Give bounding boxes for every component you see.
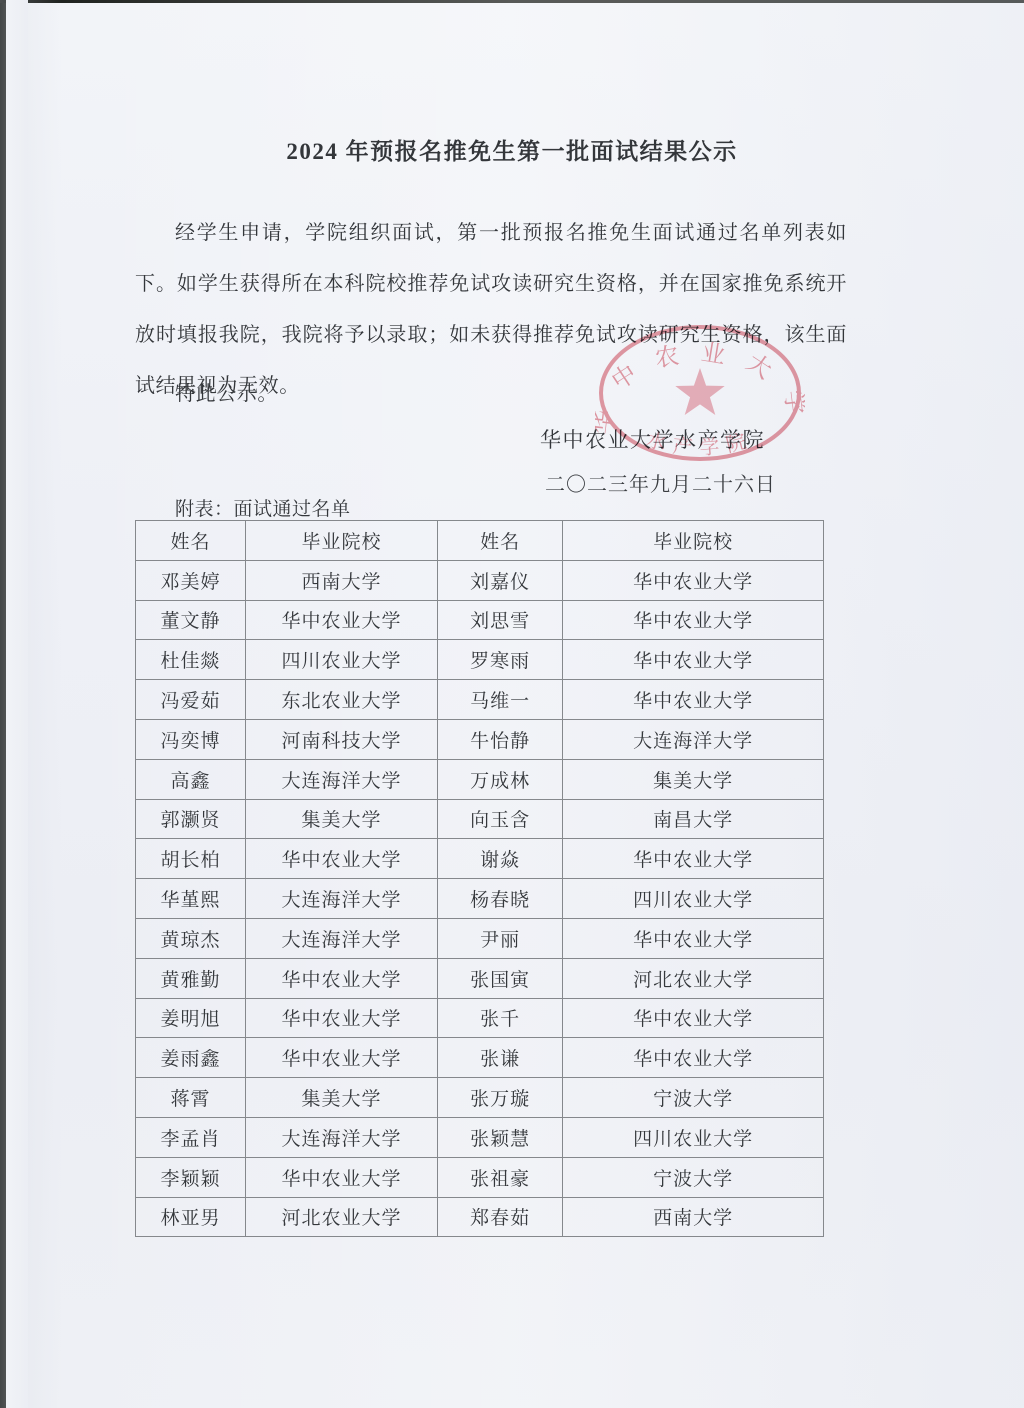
table-row: 黄雅勤华中农业大学张国寅河北农业大学 <box>136 958 824 998</box>
school-cell: 华中农业大学 <box>563 560 824 600</box>
results-table: 姓名毕业院校姓名毕业院校 邓美婷西南大学刘嘉仪华中农业大学董文静华中农业大学刘思… <box>135 520 824 1237</box>
student-name-cell: 杨春晓 <box>438 879 563 919</box>
school-cell: 华中农业大学 <box>563 918 824 958</box>
name-column-header: 姓名 <box>438 521 563 561</box>
student-name-cell: 尹丽 <box>438 918 563 958</box>
school-cell: 大连海洋大学 <box>246 918 438 958</box>
school-column-header: 毕业院校 <box>246 521 438 561</box>
school-cell: 大连海洋大学 <box>563 719 824 759</box>
school-cell: 华中农业大学 <box>246 1038 438 1078</box>
school-cell: 南昌大学 <box>563 799 824 839</box>
scanned-document-page: 2024 年预报名推免生第一批面试结果公示 经学生申请，学院组织面试，第一批预报… <box>0 0 1024 1408</box>
student-name-cell: 姜明旭 <box>136 998 246 1038</box>
student-name-cell: 杜佳燚 <box>136 640 246 680</box>
student-name-cell: 黄琼杰 <box>136 918 246 958</box>
table-row: 李孟肖大连海洋大学张颖慧四川农业大学 <box>136 1117 824 1157</box>
student-name-cell: 张千 <box>438 998 563 1038</box>
school-cell: 西南大学 <box>563 1197 824 1237</box>
school-cell: 华中农业大学 <box>563 600 824 640</box>
student-name-cell: 张国寅 <box>438 958 563 998</box>
results-table-header: 姓名毕业院校姓名毕业院校 <box>136 521 824 561</box>
student-name-cell: 罗寒雨 <box>438 640 563 680</box>
school-cell: 华中农业大学 <box>563 839 824 879</box>
table-row: 杜佳燚四川农业大学罗寒雨华中农业大学 <box>136 640 824 680</box>
school-cell: 东北农业大学 <box>246 680 438 720</box>
school-cell: 华中农业大学 <box>246 1157 438 1197</box>
school-cell: 河北农业大学 <box>563 958 824 998</box>
school-cell: 宁波大学 <box>563 1078 824 1118</box>
issuer-signature: 华中农业大学水产学院 <box>540 424 765 454</box>
student-name-cell: 蒋霄 <box>136 1078 246 1118</box>
scan-edge-top <box>0 0 1024 3</box>
student-name-cell: 万成林 <box>438 759 563 799</box>
closing-line: 特此公示。 <box>135 377 847 406</box>
student-name-cell: 李孟肖 <box>136 1117 246 1157</box>
student-name-cell: 华堇熙 <box>136 879 246 919</box>
school-cell: 华中农业大学 <box>563 1038 824 1078</box>
table-row: 蒋霄集美大学张万璇宁波大学 <box>136 1078 824 1118</box>
school-cell: 河北农业大学 <box>246 1197 438 1237</box>
student-name-cell: 向玉含 <box>438 799 563 839</box>
student-name-cell: 马维一 <box>438 680 563 720</box>
student-name-cell: 张万璇 <box>438 1078 563 1118</box>
table-row: 姜雨鑫华中农业大学张谦华中农业大学 <box>136 1038 824 1078</box>
student-name-cell: 冯奕博 <box>136 719 246 759</box>
table-row: 林亚男河北农业大学郑春茹西南大学 <box>136 1197 824 1237</box>
name-column-header: 姓名 <box>136 521 246 561</box>
student-name-cell: 谢焱 <box>438 839 563 879</box>
school-cell: 宁波大学 <box>563 1157 824 1197</box>
school-cell: 华中农业大学 <box>563 998 824 1038</box>
student-name-cell: 张祖豪 <box>438 1157 563 1197</box>
school-cell: 集美大学 <box>246 1078 438 1118</box>
table-row: 黄琼杰大连海洋大学尹丽华中农业大学 <box>136 918 824 958</box>
issue-date: 二〇二三年九月二十六日 <box>545 468 776 497</box>
school-cell: 河南科技大学 <box>246 719 438 759</box>
student-name-cell: 冯爱茹 <box>136 680 246 720</box>
table-row: 邓美婷西南大学刘嘉仪华中农业大学 <box>136 560 824 600</box>
school-cell: 华中农业大学 <box>563 680 824 720</box>
table-row: 郭灏贤集美大学向玉含南昌大学 <box>136 799 824 839</box>
table-caption: 附表：面试通过名单 <box>175 494 351 521</box>
student-name-cell: 高鑫 <box>136 759 246 799</box>
school-cell: 集美大学 <box>563 759 824 799</box>
table-header-row: 姓名毕业院校姓名毕业院校 <box>136 521 824 561</box>
student-name-cell: 牛怡静 <box>438 719 563 759</box>
school-cell: 华中农业大学 <box>246 958 438 998</box>
table-row: 高鑫大连海洋大学万成林集美大学 <box>136 759 824 799</box>
school-cell: 集美大学 <box>246 799 438 839</box>
school-cell: 四川农业大学 <box>563 879 824 919</box>
school-cell: 大连海洋大学 <box>246 879 438 919</box>
school-cell: 华中农业大学 <box>246 600 438 640</box>
table-row: 华堇熙大连海洋大学杨春晓四川农业大学 <box>136 879 824 919</box>
school-cell: 华中农业大学 <box>563 640 824 680</box>
student-name-cell: 郑春茹 <box>438 1197 563 1237</box>
table-row: 冯奕博河南科技大学牛怡静大连海洋大学 <box>136 719 824 759</box>
student-name-cell: 李颖颖 <box>136 1157 246 1197</box>
student-name-cell: 张颖慧 <box>438 1117 563 1157</box>
school-column-header: 毕业院校 <box>563 521 824 561</box>
school-cell: 华中农业大学 <box>246 998 438 1038</box>
table-row: 冯爱茹东北农业大学马维一华中农业大学 <box>136 680 824 720</box>
school-cell: 大连海洋大学 <box>246 759 438 799</box>
table-row: 姜明旭华中农业大学张千华中农业大学 <box>136 998 824 1038</box>
student-name-cell: 张谦 <box>438 1038 563 1078</box>
student-name-cell: 郭灏贤 <box>136 799 246 839</box>
student-name-cell: 刘思雪 <box>438 600 563 640</box>
student-name-cell: 姜雨鑫 <box>136 1038 246 1078</box>
page-title: 2024 年预报名推免生第一批面试结果公示 <box>0 133 1024 166</box>
table-row: 李颖颖华中农业大学张祖豪宁波大学 <box>136 1157 824 1197</box>
school-cell: 华中农业大学 <box>246 839 438 879</box>
student-name-cell: 刘嘉仪 <box>438 560 563 600</box>
student-name-cell: 董文静 <box>136 600 246 640</box>
table-row: 董文静华中农业大学刘思雪华中农业大学 <box>136 600 824 640</box>
school-cell: 大连海洋大学 <box>246 1117 438 1157</box>
results-table-body: 邓美婷西南大学刘嘉仪华中农业大学董文静华中农业大学刘思雪华中农业大学杜佳燚四川农… <box>136 560 824 1237</box>
paper-edge <box>6 0 28 1408</box>
student-name-cell: 邓美婷 <box>136 560 246 600</box>
student-name-cell: 林亚男 <box>136 1197 246 1237</box>
school-cell: 四川农业大学 <box>563 1117 824 1157</box>
student-name-cell: 黄雅勤 <box>136 958 246 998</box>
school-cell: 西南大学 <box>246 560 438 600</box>
table-row: 胡长柏华中农业大学谢焱华中农业大学 <box>136 839 824 879</box>
school-cell: 四川农业大学 <box>246 640 438 680</box>
student-name-cell: 胡长柏 <box>136 839 246 879</box>
